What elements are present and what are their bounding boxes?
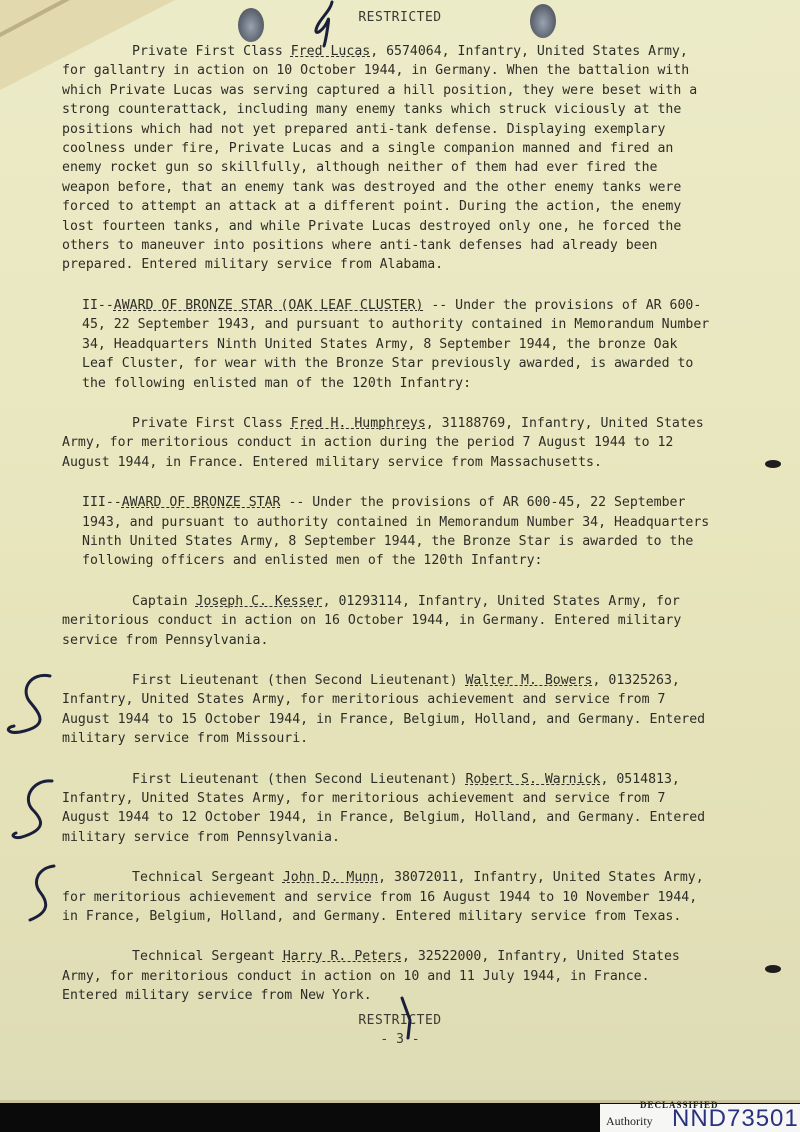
ink-blot (765, 965, 781, 973)
handwritten-s-mark-icon (4, 775, 64, 845)
section-title: AWARD OF BRONZE STAR (122, 495, 281, 510)
ink-blot (765, 460, 781, 468)
citation-bowers: First Lieutenant (then Second Lieutenant… (62, 671, 712, 749)
citation-munn: Technical Sergeant John D. Munn, 3807201… (62, 868, 712, 926)
recipient-name: Walter M. Bowers (465, 673, 592, 688)
recipient-name: Robert S. Warnick (465, 772, 600, 787)
citation-lucas: Private First Class Fred Lucas, 6574064,… (62, 42, 712, 275)
recipient-name: Joseph C. Kesser (196, 594, 323, 609)
recipient-name: John D. Munn (283, 870, 378, 885)
recipient-name: Fred H. Humphreys (291, 416, 426, 431)
section-iii-heading: III--AWARD OF BRONZE STAR -- Under the p… (82, 493, 712, 571)
handwritten-s-mark-icon (0, 670, 60, 740)
handwritten-mark-icon (310, 0, 340, 48)
stamp-label: Authority (606, 1114, 653, 1129)
section-ii-heading: II--AWARD OF BRONZE STAR (OAK LEAF CLUST… (82, 296, 712, 393)
document-page: RESTRICTED Private First Class Fred Luca… (0, 0, 800, 1103)
document-body: Private First Class Fred Lucas, 6574064,… (62, 42, 712, 1027)
recipient-name: Harry R. Peters (283, 949, 402, 964)
citation-kesser: Captain Joseph C. Kesser, 01293114, Infa… (62, 592, 712, 650)
citation-warnick: First Lieutenant (then Second Lieutenant… (62, 770, 712, 848)
classification-header: RESTRICTED (0, 10, 800, 25)
citation-humphreys: Private First Class Fred H. Humphreys, 3… (62, 414, 712, 472)
declassification-stamp: DECLASSIFIED Authority NND735017 (600, 1104, 800, 1132)
section-title: AWARD OF BRONZE STAR (OAK LEAF CLUSTER) (114, 298, 424, 313)
handwritten-s-mark-icon (14, 862, 64, 926)
citation-peters: Technical Sergeant Harry R. Peters, 3252… (62, 947, 712, 1005)
recipient-name: Fred Lucas (291, 44, 370, 59)
stamp-authority-number: NND735017 (672, 1105, 800, 1132)
page-number: - 3 - (0, 1032, 800, 1047)
